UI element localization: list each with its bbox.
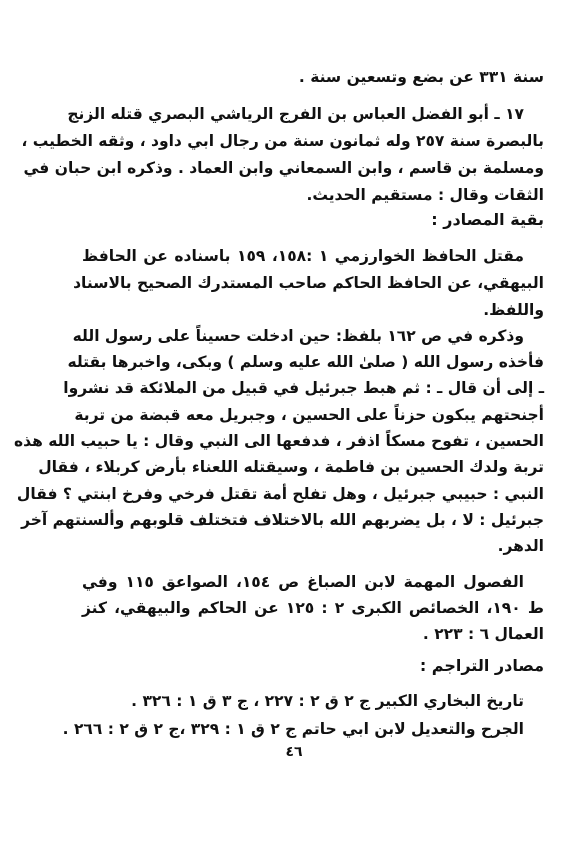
source-line: مقتل الحافظ الخوارزمي ١ :١٥٨، ١٥٩ باسناد… — [82, 245, 524, 267]
entry-17-line: ومسلمة بن قاسم ، وابن السمعاني وابن العم… — [82, 157, 544, 179]
narration-line: النبي : حبيبي جبرئيل ، وهل تفلح أمة تقتل… — [82, 483, 544, 505]
entry-17-line: الثقات وقال : مستقيم الحديث. — [306, 184, 544, 206]
narration-line: فأخذه رسول الله ( صلىٰ الله عليه وسلم ) … — [82, 351, 544, 373]
reference-line: العمال ٦ : ٢٢٣ . — [423, 623, 544, 645]
reference-line: ط ١٩٠، الخصائص الكبرى ٢ : ١٢٥ عن الحاكم … — [82, 597, 544, 619]
reference-line: الفصول المهمة لابن الصباغ ص ١٥٤، الصواعق… — [82, 571, 524, 593]
narration-line: أجنحتهم يبكون حزناً على الحسين ، وجبريل … — [82, 404, 544, 426]
narration-line: تربة ولدك الحسين بن فاطمة ، وسيقتله اللع… — [82, 456, 544, 478]
source-line: واللفظ. — [483, 299, 544, 321]
continuation-line: سنة ٣٣١ عن بضع وتسعين سنة . — [299, 66, 544, 88]
document-page: سنة ٣٣١ عن بضع وتسعين سنة . ١٧ ـ أبو الف… — [0, 0, 588, 843]
biography-source-line: الجرح والتعديل لابن ابي حاتم ج ٢ ق ١ : ٣… — [63, 718, 524, 740]
narration-line: الحسين ، تفوح مسكاً اذفر ، فدفعها الى ال… — [82, 430, 544, 452]
narration-line: جبرئيل : لا ، بل يضربهم الله بالاختلاف ف… — [82, 509, 544, 531]
narration-line: ـ إلى أن قال ـ : ثم هبط جبرئيل في قبيل م… — [82, 377, 544, 399]
section-heading-biography-sources: مصادر التراجم : — [420, 655, 544, 677]
source-line: البيهقي، عن الحافظ الحاكم صاحب المستدرك … — [82, 272, 544, 294]
page-number: ٤٦ — [0, 744, 588, 760]
narration-line: الدهر. — [498, 535, 544, 557]
narration-line: وذكره في ص ١٦٢ بلفظ: حين ادخلت حسيناً عل… — [82, 325, 524, 347]
section-heading-remaining-sources: بقية المصادر : — [431, 209, 544, 231]
entry-17-line: بالبصرة سنة ٢٥٧ وله ثمانون سنة من رجال ا… — [82, 130, 544, 152]
entry-17-line: ١٧ ـ أبو الفضل العباس بن الفرج الرياشي ا… — [82, 103, 524, 125]
biography-source-line: تاريخ البخاري الكبير ج ٢ ق ٢ : ٢٢٧ ، ج ٣… — [131, 690, 524, 712]
